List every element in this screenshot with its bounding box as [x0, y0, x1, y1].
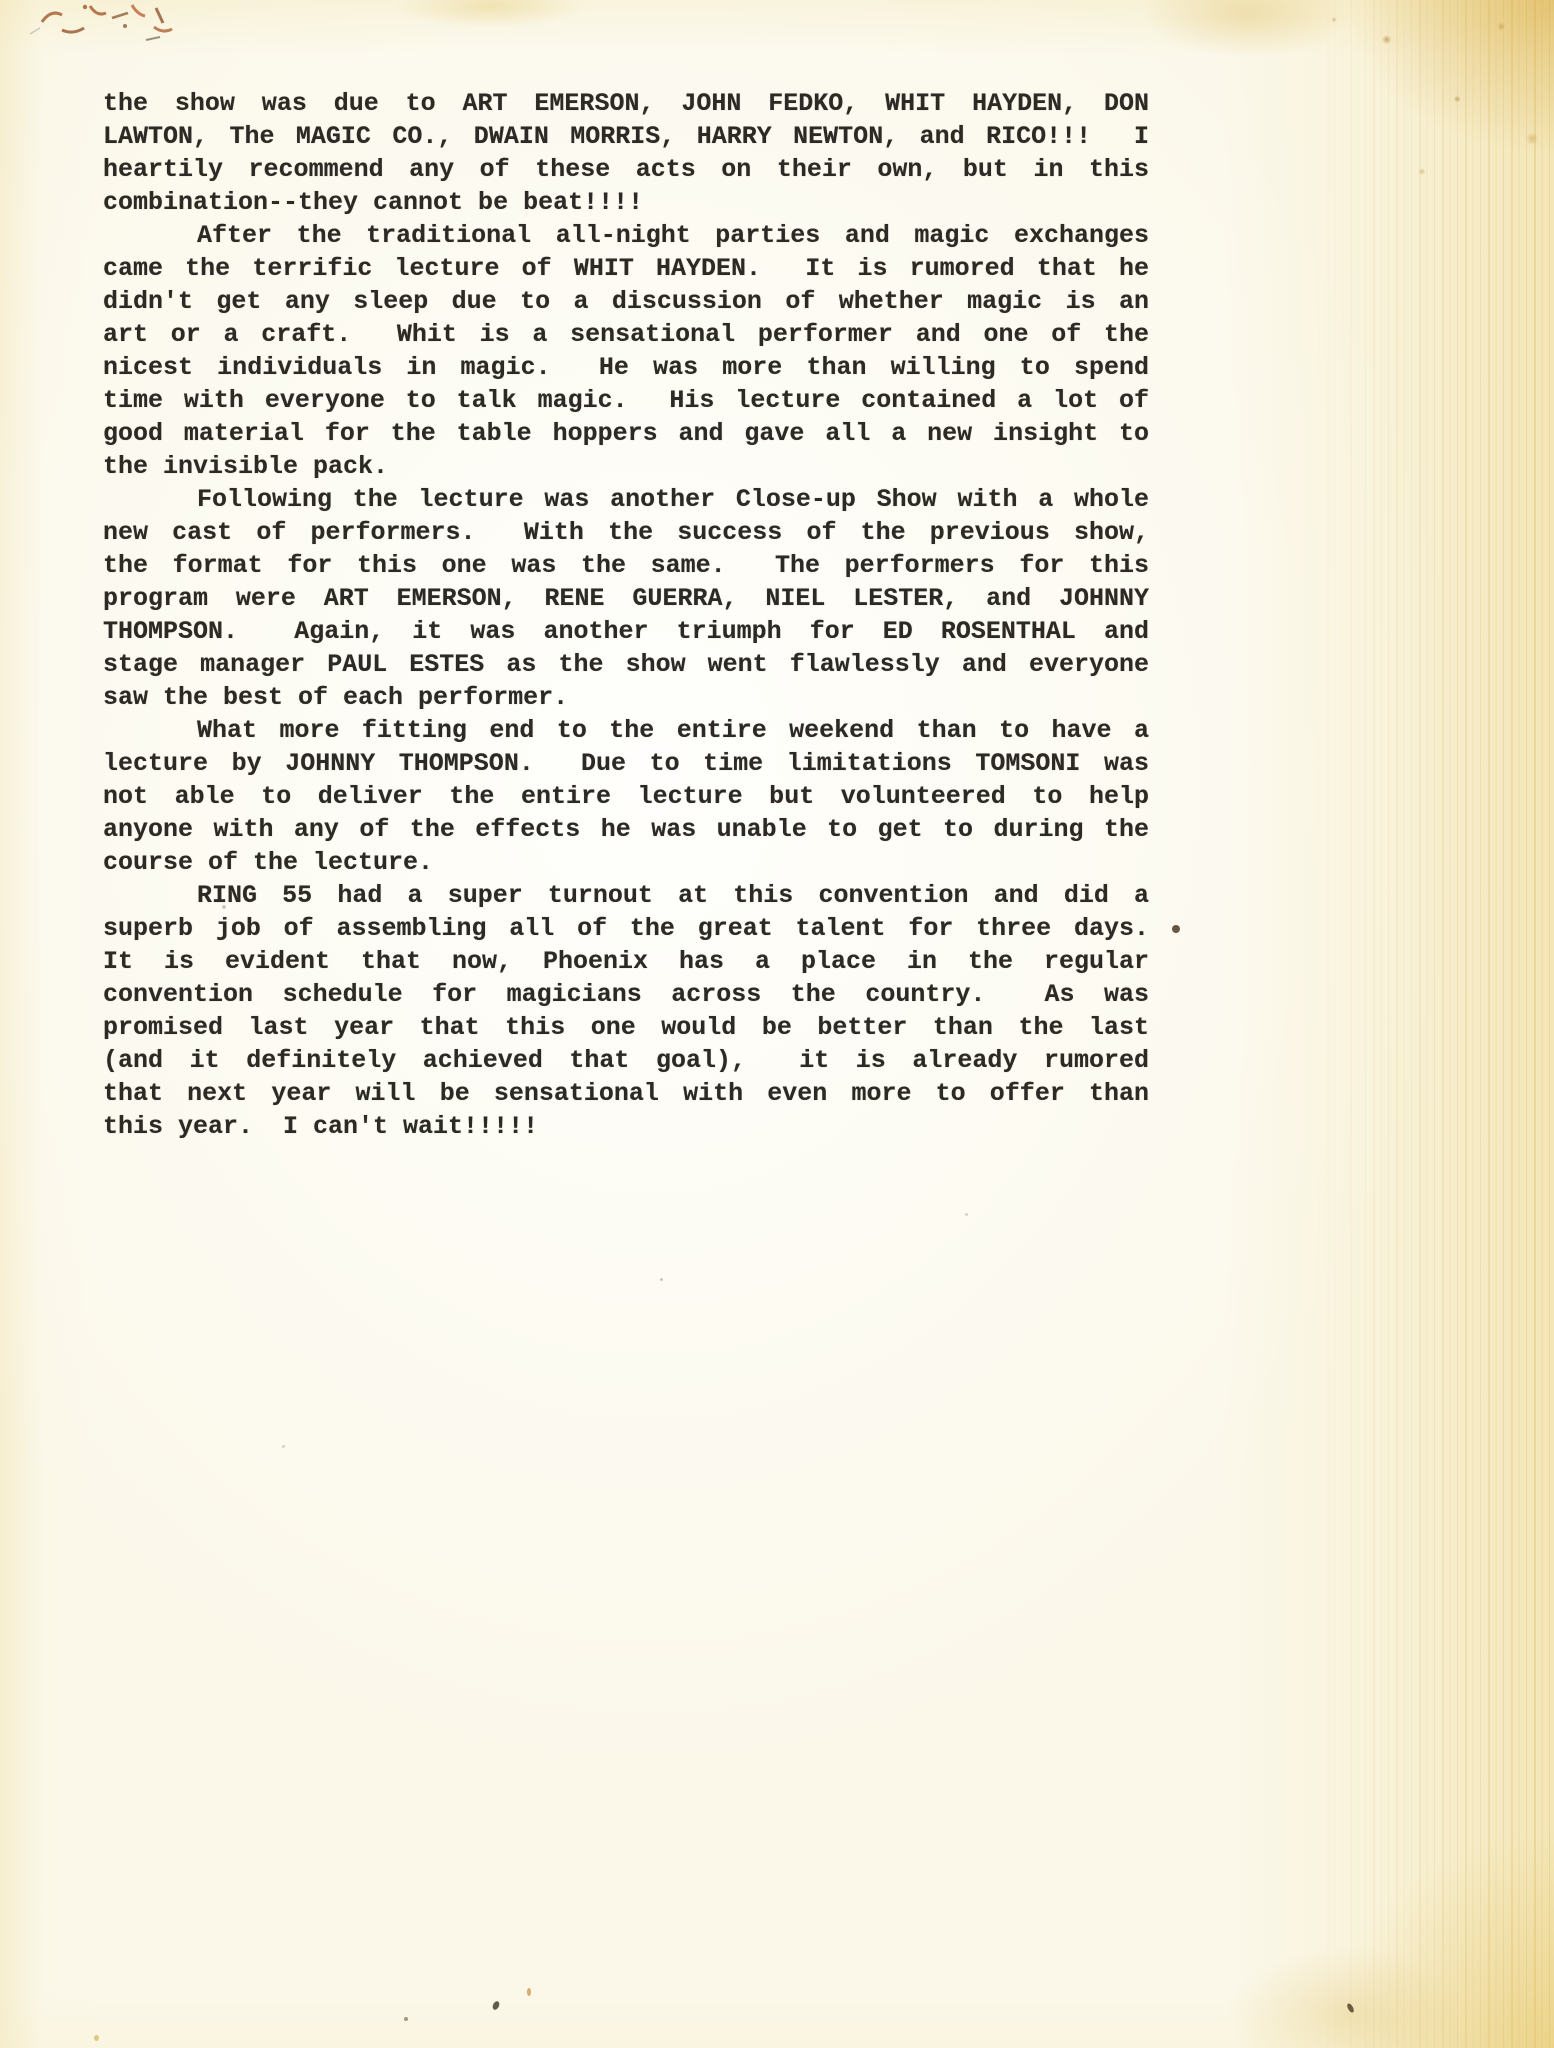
- paragraph: What more fitting end to the entire week…: [103, 714, 1149, 879]
- paper-speck: [404, 2017, 408, 2021]
- text-line: new cast of performers. With the success…: [103, 516, 1149, 549]
- paper-speck: [1172, 925, 1180, 933]
- text-line: What more fitting end to the entire week…: [103, 714, 1149, 747]
- handwritten-scribble-marks: [28, 0, 218, 48]
- text-line: good material for the table hoppers and …: [103, 417, 1149, 450]
- text-line: combination--they cannot be beat!!!!: [103, 186, 1149, 219]
- text-line: this year. I can't wait!!!!!: [103, 1110, 1149, 1143]
- text-line: LAWTON, The MAGIC CO., DWAIN MORRIS, HAR…: [103, 120, 1149, 153]
- text-line: the show was due to ART EMERSON, JOHN FE…: [103, 87, 1149, 120]
- text-line: art or a craft. Whit is a sensational pe…: [103, 318, 1149, 351]
- text-block: the show was due to ART EMERSON, JOHN FE…: [103, 87, 1149, 1143]
- text-line: program were ART EMERSON, RENE GUERRA, N…: [103, 582, 1149, 615]
- paragraph: the show was due to ART EMERSON, JOHN FE…: [103, 87, 1149, 219]
- text-line: promised last year that this one would b…: [103, 1011, 1149, 1044]
- paragraph: Following the lecture was another Close-…: [103, 483, 1149, 714]
- text-line: course of the lecture.: [103, 846, 1149, 879]
- paper-speck: [282, 1445, 285, 1448]
- paper-speck: [660, 1278, 663, 1281]
- top-right-corner-stain: [1114, 0, 1554, 330]
- text-line: superb job of assembling all of the grea…: [103, 912, 1149, 945]
- paper-speck: [94, 2035, 99, 2041]
- top-middle-stain: [360, 0, 620, 60]
- text-line: After the traditional all-night parties …: [103, 219, 1149, 252]
- text-line: that next year will be sensational with …: [103, 1077, 1149, 1110]
- paper-speck: [527, 1988, 531, 1996]
- text-line: RING 55 had a super turnout at this conv…: [103, 879, 1149, 912]
- text-line: THOMPSON. Again, it was another triumph …: [103, 615, 1149, 648]
- paragraph: After the traditional all-night parties …: [103, 219, 1149, 483]
- paper-page: the show was due to ART EMERSON, JOHN FE…: [0, 0, 1554, 2048]
- text-line: time with everyone to talk magic. His le…: [103, 384, 1149, 417]
- text-line: not able to deliver the entire lecture b…: [103, 780, 1149, 813]
- text-line: It is evident that now, Phoenix has a pl…: [103, 945, 1149, 978]
- text-line: didn't get any sleep due to a discussion…: [103, 285, 1149, 318]
- text-line: came the terrific lecture of WHIT HAYDEN…: [103, 252, 1149, 285]
- text-line: the format for this one was the same. Th…: [103, 549, 1149, 582]
- text-line: saw the best of each performer.: [103, 681, 1149, 714]
- text-line: convention schedule for magicians across…: [103, 978, 1149, 1011]
- text-line: stage manager PAUL ESTES as the show wen…: [103, 648, 1149, 681]
- text-line: anyone with any of the effects he was un…: [103, 813, 1149, 846]
- text-line: the invisible pack.: [103, 450, 1149, 483]
- text-line: heartily recommend any of these acts on …: [103, 153, 1149, 186]
- paper-speck: [222, 905, 226, 909]
- text-line: lecture by JOHNNY THOMPSON. Due to time …: [103, 747, 1149, 780]
- text-line: nicest individuals in magic. He was more…: [103, 351, 1149, 384]
- paper-speck: [491, 2000, 500, 2011]
- text-line: (and it definitely achieved that goal), …: [103, 1044, 1149, 1077]
- bottom-right-corner-stain: [1094, 1618, 1554, 2048]
- text-line: Following the lecture was another Close-…: [103, 483, 1149, 516]
- paragraph: RING 55 had a super turnout at this conv…: [103, 879, 1149, 1143]
- paper-speck: [965, 1213, 968, 1216]
